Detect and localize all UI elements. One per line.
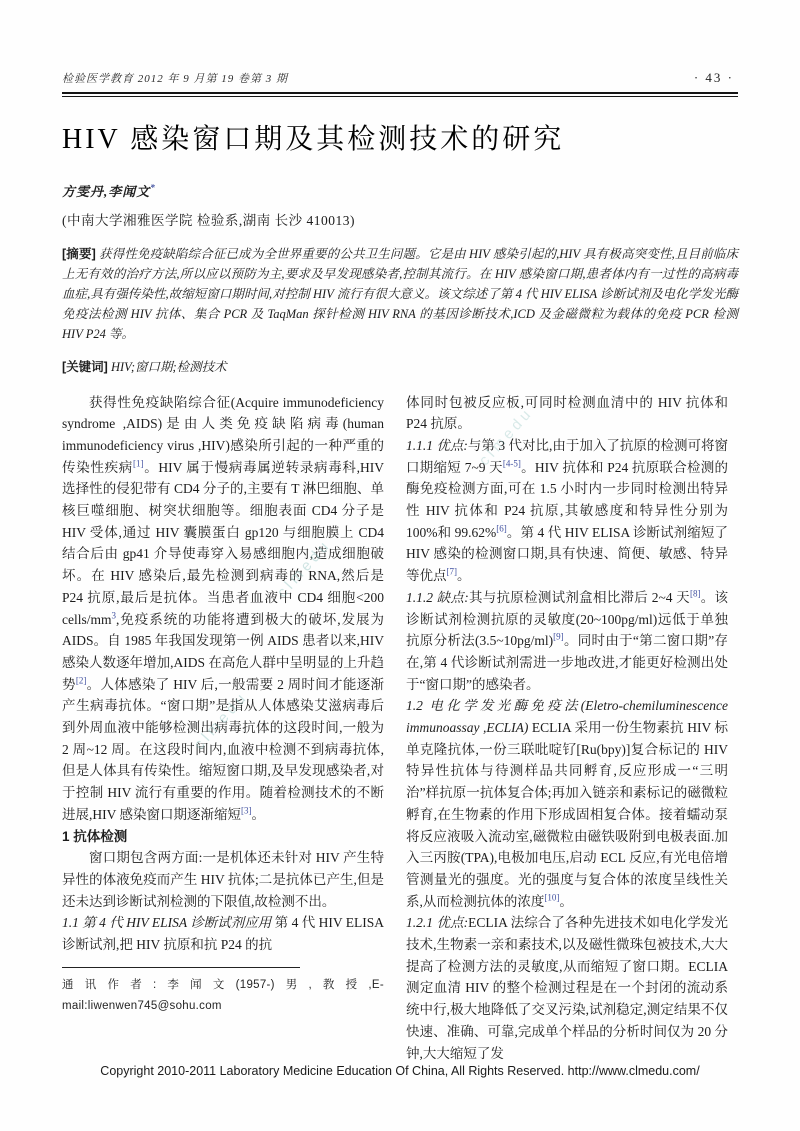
page-number: · 43 · — [694, 70, 738, 86]
journal-name: 检验医学教育 2012 年 9 月第 19 卷第 3 期 — [62, 70, 288, 86]
article-title: HIV 感染窗口期及其检测技术的研究 — [62, 117, 738, 157]
journal-page: clmedu clmedu clmedu 检验医学教育 2012 年 9 月第 … — [0, 0, 800, 1131]
body-paragraph: 体同时包被反应板,可同时检测血清中的 HIV 抗体和 P24 抗原。 — [406, 392, 728, 435]
authors: 方雯丹,李闻文* — [62, 181, 738, 200]
right-column: 体同时包被反应板,可同时检测血清中的 HIV 抗体和 P24 抗原。 1.1.1… — [406, 392, 728, 1065]
body-paragraph: 1.1.1 优点:与第 3 代对比,由于加入了抗原的检测可将窗口期缩短 7~9 … — [406, 435, 728, 587]
header-rule-thick — [62, 92, 738, 94]
body-paragraph: 窗口期包含两方面:一是机体还未针对 HIV 产生特异性的体液免疫而产生 HIV … — [62, 847, 384, 912]
keywords-label: [关键词] — [62, 360, 108, 374]
abstract-text: 获得性免疫缺陷综合征已成为全世界重要的公共卫生问题。它是由 HIV 感染引起的,… — [62, 247, 738, 341]
footnote-text: 通讯作者:李闻文(1957-)男,教授,E-mail:liwenwen745@s… — [62, 975, 384, 1018]
article-body: 获得性免疫缺陷综合征(Acquire immunodeficiency synd… — [62, 392, 738, 1065]
header-rule-thin — [62, 96, 738, 97]
section-heading: 1 抗体检测 — [62, 826, 384, 848]
abstract-label: [摘要] — [62, 247, 96, 261]
body-paragraph: 1.2.1 优点:ECLIA 法综合了各种先进技术如电化学发光技术,生物素一亲和… — [406, 912, 728, 1064]
affiliation: (中南大学湘雅医学院 检验系,湖南 长沙 410013) — [62, 209, 738, 229]
footnote-divider — [62, 967, 300, 968]
left-column: 获得性免疫缺陷综合征(Acquire immunodeficiency synd… — [62, 392, 384, 1065]
keywords-text: HIV;窗口期;检测技术 — [111, 360, 227, 374]
abstract: [摘要] 获得性免疫缺陷综合征已成为全世界重要的公共卫生问题。它是由 HIV 感… — [62, 244, 738, 344]
page-header: 检验医学教育 2012 年 9 月第 19 卷第 3 期 · 43 · — [62, 0, 738, 86]
body-paragraph: 1.1.2 缺点:其与抗原检测试剂盒相比滞后 2~4 天[8]。该诊断试剂检测抗… — [406, 587, 728, 696]
body-paragraph: 1.2 电化学发光酶免疫法(Eletro-chemiluminescence i… — [406, 695, 728, 912]
body-paragraph: 获得性免疫缺陷综合征(Acquire immunodeficiency synd… — [62, 392, 384, 826]
footnote-block: 通讯作者:李闻文(1957-)男,教授,E-mail:liwenwen745@s… — [62, 967, 384, 1018]
page-footer: Copyright 2010-2011 Laboratory Medicine … — [0, 1064, 800, 1078]
keywords: [关键词] HIV;窗口期;检测技术 — [62, 357, 738, 377]
body-paragraph: 1.1 第 4 代 HIV ELISA 诊断试剂应用 第 4 代 HIV ELI… — [62, 912, 384, 955]
